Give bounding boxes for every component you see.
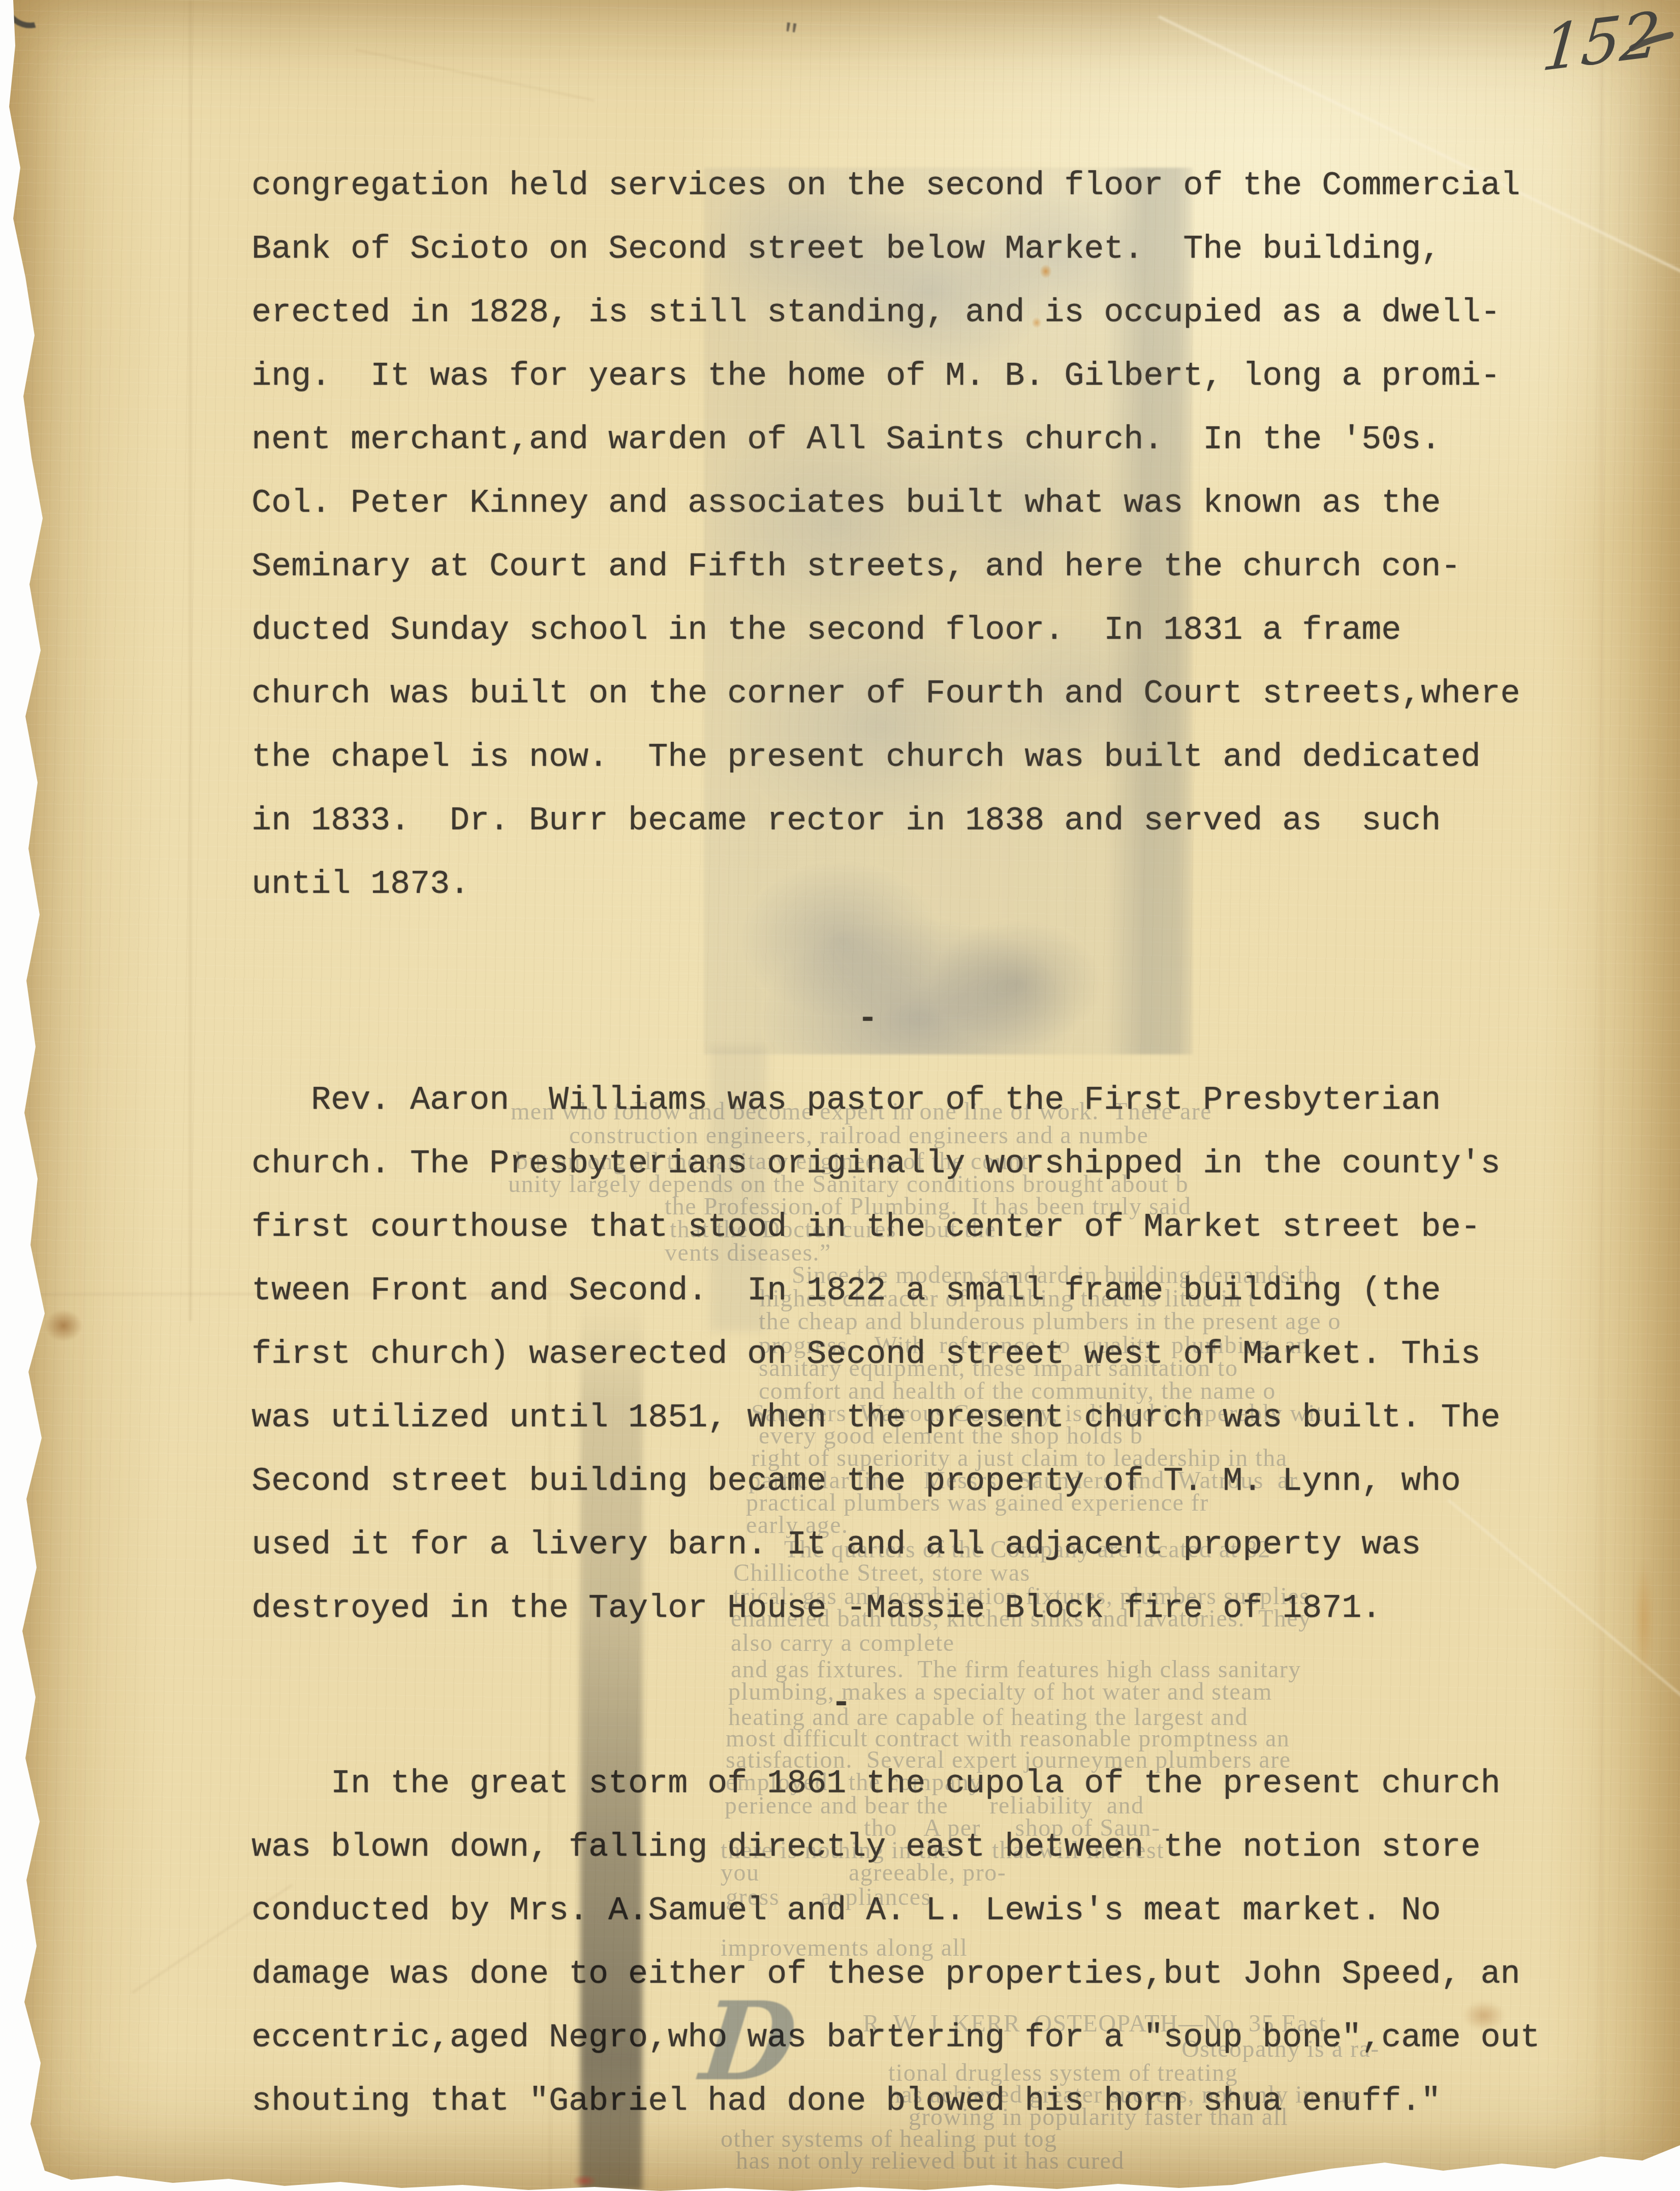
- typed-line: Bank of Scioto on Second street below Ma…: [252, 217, 1520, 281]
- typed-line: Col. Peter Kinney and associates built w…: [252, 472, 1520, 535]
- section-separator-dash-2: -: [831, 1688, 851, 1718]
- typed-line: shouting that "Gabriel had done blowed h…: [252, 2070, 1540, 2133]
- section-separator-dash-1: -: [858, 1004, 878, 1034]
- typed-line: the chapel is now. The present church wa…: [252, 726, 1520, 789]
- crease-line: [189, 0, 192, 1321]
- typed-line: ing. It was for years the home of M. B. …: [252, 345, 1520, 408]
- bleedthrough-dropcap-letter: D: [697, 1988, 801, 2095]
- typed-line: used it for a livery barn. It and all ad…: [252, 1513, 1500, 1577]
- typed-line: eccentric,aged Negro,who was bartering f…: [252, 2006, 1540, 2070]
- typed-line: destroyed in the Taylor House -Massie Bl…: [252, 1577, 1500, 1640]
- typed-paragraph-3: In the great storm of 1861 the cupola of…: [252, 1752, 1540, 2133]
- typed-line: Rev. Aaron Williams was pastor of the Fi…: [252, 1069, 1500, 1132]
- stray-typed-mark: ": [780, 18, 801, 53]
- crease-line: [356, 49, 595, 102]
- handwritten-page-number: 152: [1525, 1, 1680, 87]
- stain-spot: [45, 1310, 82, 1341]
- typed-line: first church) waserected on Second stree…: [252, 1323, 1500, 1386]
- bleed-line: plumbing, makes a specialty of hot water…: [728, 1678, 1272, 1706]
- bleedthrough-streak-dark: [580, 1301, 642, 2191]
- bleed-line: has not only relieved but it has cured: [736, 2147, 1125, 2175]
- typed-line: was blown down, falling directly east be…: [252, 1816, 1540, 1879]
- typed-line: church. The Presbyterians originally wor…: [252, 1132, 1500, 1196]
- typed-line: congregation held services on the second…: [252, 154, 1520, 217]
- scan-canvas: men who follow and become expert in one …: [0, 0, 1680, 2191]
- typed-line: damage was done to either of these prope…: [252, 1943, 1540, 2006]
- typed-line: until 1873.: [252, 853, 1520, 916]
- typed-line: nent merchant,and warden of All Saints c…: [252, 408, 1520, 472]
- typed-line: first courthouse that stood in the cente…: [252, 1196, 1500, 1259]
- typed-line: erected in 1828, is still standing, and …: [252, 281, 1520, 345]
- typed-line: Second street building became the proper…: [252, 1450, 1500, 1513]
- typed-line: church was built on the corner of Fourth…: [252, 662, 1520, 726]
- typed-line: was utilized until 1851, when the presen…: [252, 1386, 1500, 1450]
- typed-paragraph-1: congregation held services on the second…: [252, 154, 1520, 916]
- paper-sheet: men who follow and become expert in one …: [0, 0, 1680, 2191]
- bleed-line: most difficult contract with reasonable …: [726, 1725, 1290, 1752]
- corner-ink-mark: [0, 0, 57, 36]
- typed-line: Seminary at Court and Fifth streets, and…: [252, 535, 1520, 599]
- bleed-line: heating and are capable of heating the l…: [728, 1703, 1248, 1731]
- stain-spot: [1634, 1561, 1654, 1679]
- bleed-line: and gas fixtures. The firm features high…: [731, 1655, 1301, 1683]
- typed-line: conducted by Mrs. A.Samuel and A. L. Lew…: [252, 1879, 1540, 1943]
- typed-paragraph-2: Rev. Aaron Williams was pastor of the Fi…: [252, 1069, 1500, 1640]
- crease-line: [1601, 0, 1603, 2191]
- typed-line: In the great storm of 1861 the cupola of…: [252, 1752, 1540, 1816]
- typed-line: ducted Sunday school in the second floor…: [252, 599, 1520, 662]
- stain-spot: [2, 1787, 32, 1821]
- typed-line: in 1833. Dr. Burr became rector in 1838 …: [252, 789, 1520, 853]
- typed-line: tween Front and Second. In 1822 a small …: [252, 1259, 1500, 1323]
